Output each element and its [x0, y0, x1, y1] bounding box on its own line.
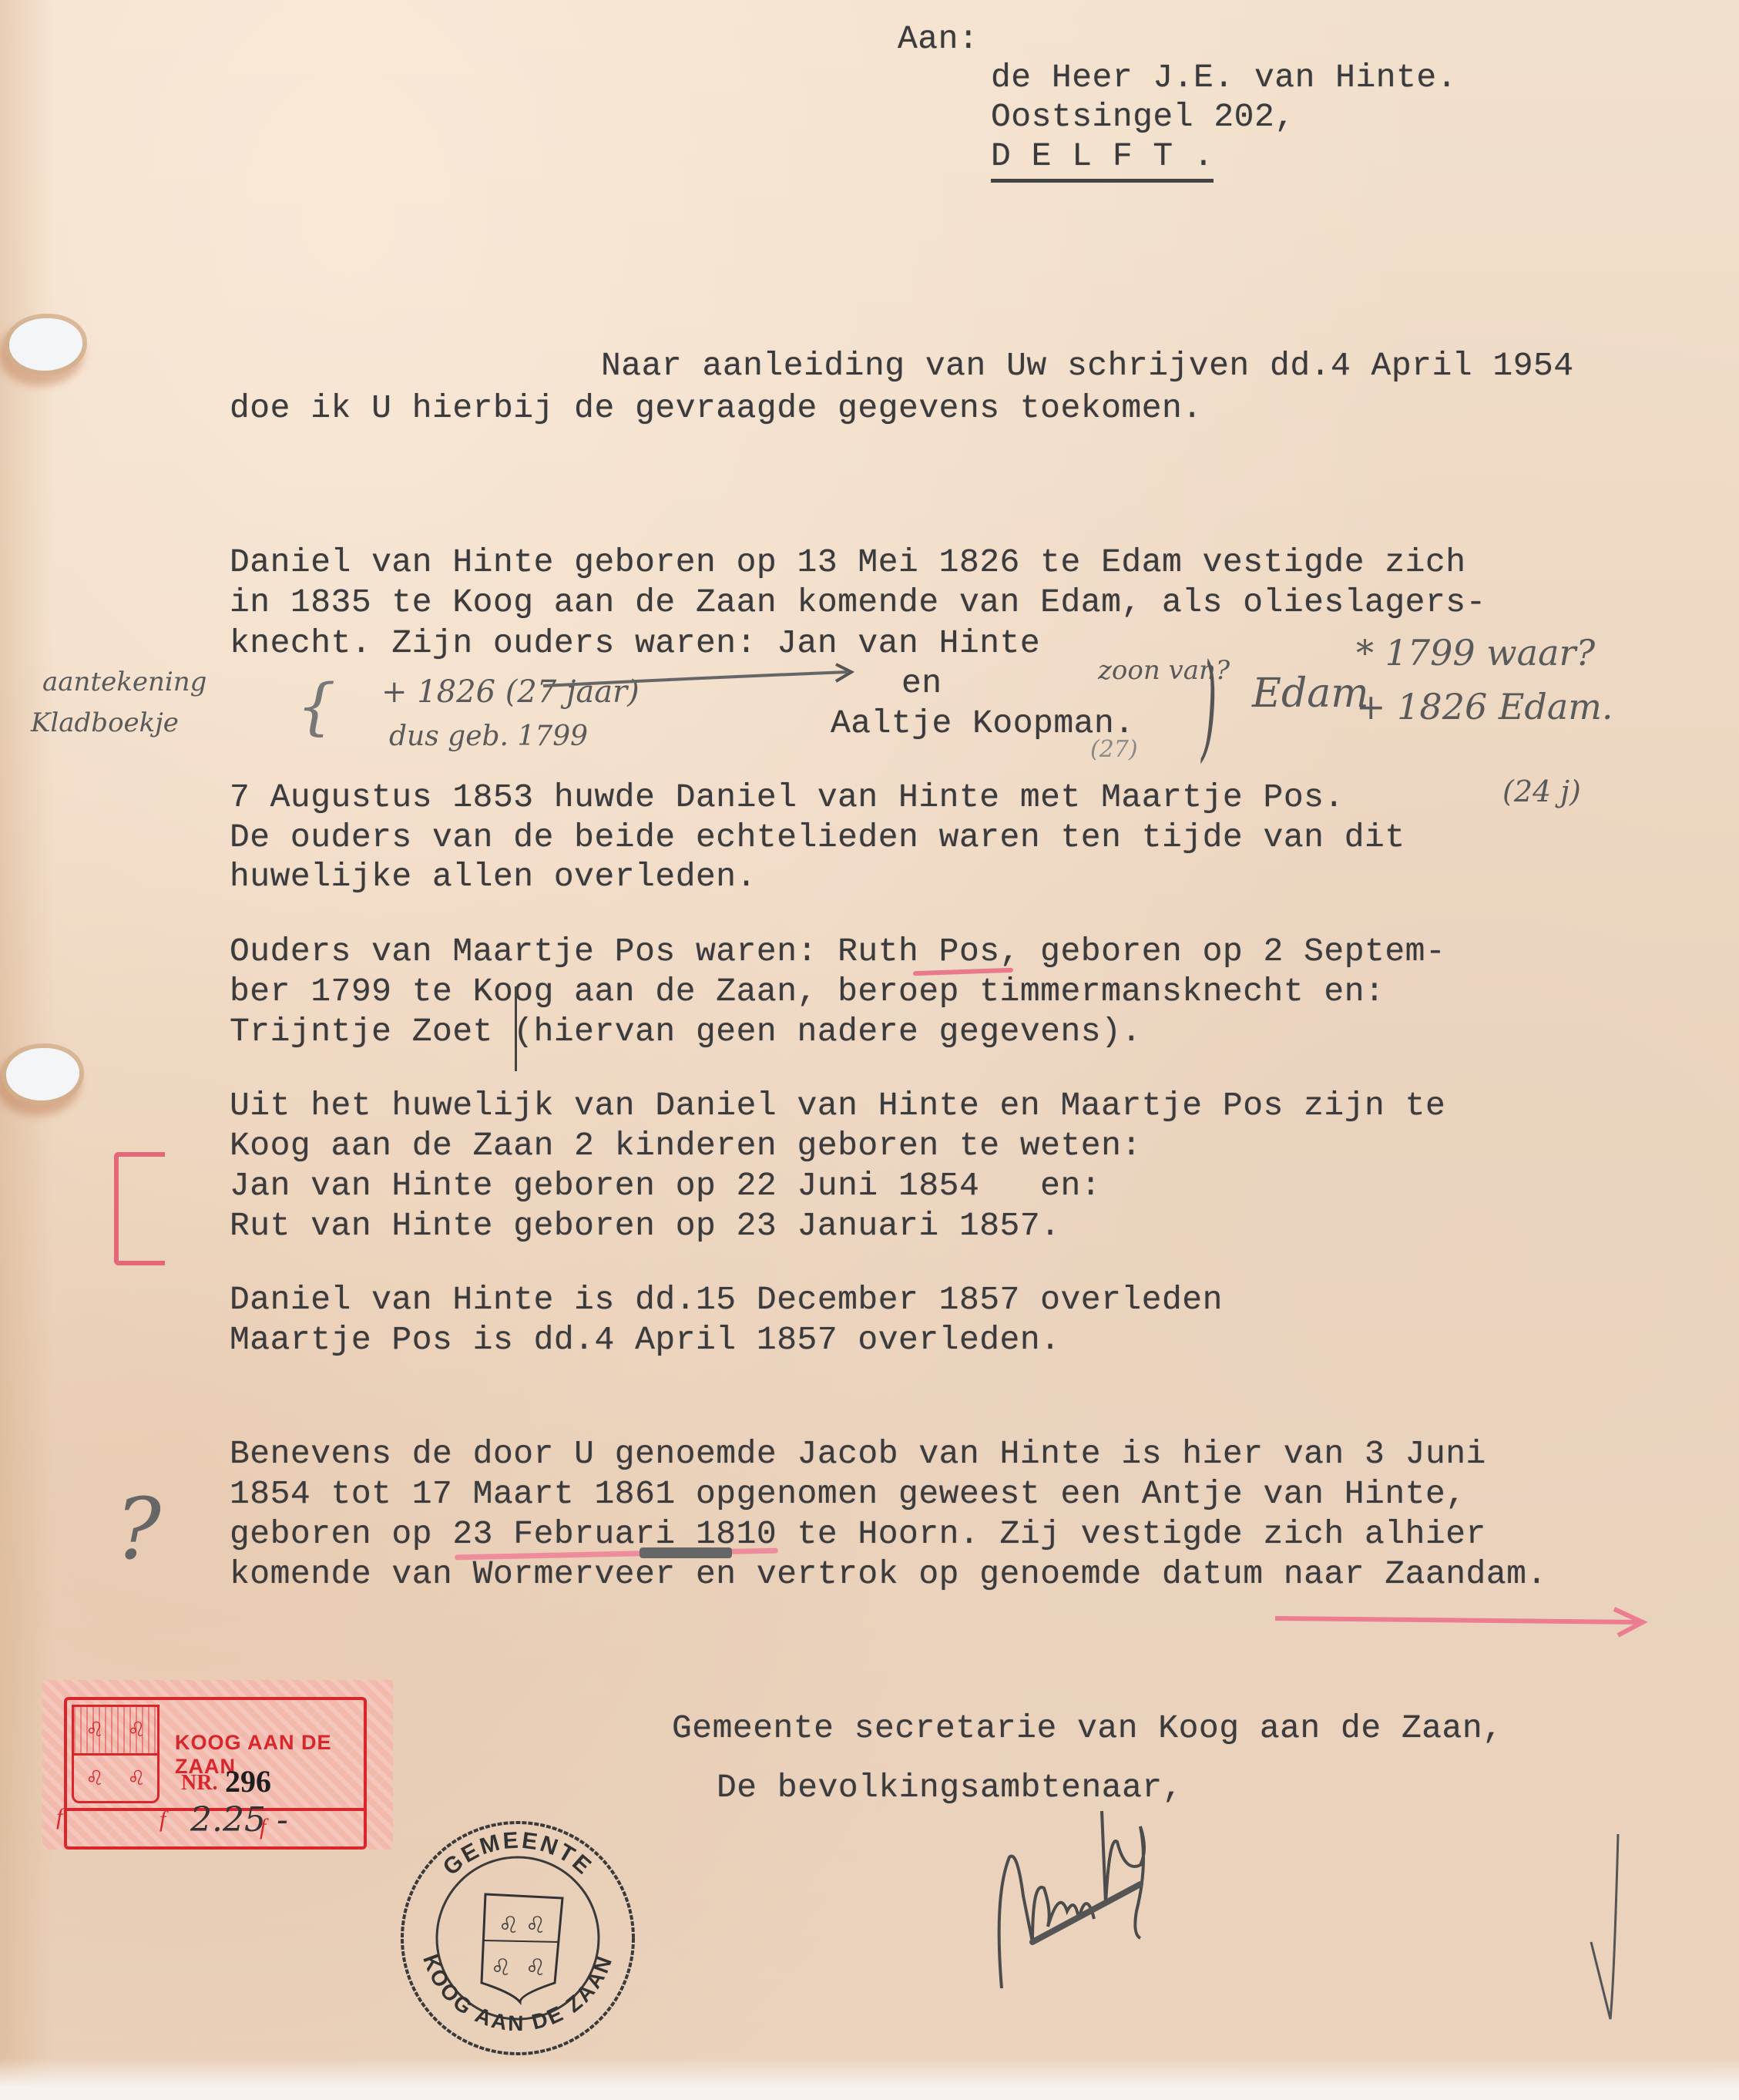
p2-line-1: 7 Augustus 1853 huwde Daniel van Hinte m…: [230, 778, 1345, 817]
municipal-seal: GEMEENTE KOOG AAN DE ZAAN ♌ ♌ ♌ ♌: [397, 1817, 640, 2060]
p3-line-2: ber 1799 te Koog aan de Zaan, beroep tim…: [230, 973, 1385, 1011]
p6-line-2: 1854 tot 17 Maart 1861 opgenomen geweest…: [230, 1475, 1466, 1514]
p4-line-4: Rut van Hinte geboren op 23 Januari 1857…: [230, 1207, 1060, 1245]
p1-line-5: Aaltje Koopman.: [831, 704, 1135, 743]
torn-bottom-edge: [0, 2058, 1739, 2100]
note-died-1826-edam: + 1826 Edam.: [1356, 686, 1613, 727]
closing-line-1: Gemeente secretarie van Koog aan de Zaan…: [672, 1709, 1502, 1748]
note-age-24: (24 j): [1502, 774, 1581, 808]
cross-mark: [515, 986, 517, 1071]
seal-bottom-text: KOOG AAN DE ZAAN: [418, 1951, 617, 2035]
red-arrow-icon: [1271, 1603, 1657, 1641]
svg-text:♌: ♌: [528, 1954, 543, 1984]
stamp-handwritten-amount: 2.25 -: [190, 1800, 288, 1840]
address-street: Oostsingel 202,: [991, 98, 1295, 136]
question-mark-note: ?: [116, 1480, 161, 1578]
svg-text:♌: ♌: [528, 1912, 543, 1941]
arrow-icon: [539, 663, 863, 694]
address-label: Aan:: [898, 20, 979, 59]
p3-line-1: Ouders van Maartje Pos waren: Ruth Pos, …: [230, 932, 1445, 971]
p6-line-3: geboren op 23 Februari 1810 te Hoorn. Zi…: [230, 1515, 1486, 1554]
coat-of-arms-icon: ♌♌ ♌♌: [72, 1705, 159, 1803]
revenue-stamp: ♌♌ ♌♌ KOOG AAN DE ZAAN NR. 296 f f f 2.2…: [42, 1680, 393, 1850]
stamp-currency-1: f: [56, 1804, 62, 1830]
paren-close-icon: ): [1201, 640, 1217, 774]
intro-line-2: doe ik U hierbij de gevraagde gegevens t…: [230, 389, 1203, 428]
address-city: D E L F T .: [991, 137, 1214, 183]
svg-text:♌: ♌: [493, 1954, 509, 1984]
note-age-27: (27): [1090, 736, 1138, 763]
p5-line-1: Daniel van Hinte is dd.15 December 1857 …: [230, 1281, 1223, 1319]
punch-hole-bottom: [6, 1048, 79, 1100]
p6-line-4: komende van Wormerveer en vertrok op gen…: [230, 1555, 1547, 1594]
note-edam: Edam: [1252, 670, 1369, 717]
stamp-frame: ♌♌ ♌♌ KOOG AAN DE ZAAN NR. 296 f f f 2.2…: [64, 1697, 367, 1850]
note-kladboekje: Kladboekje: [31, 707, 179, 738]
p1-line-1: Daniel van Hinte geboren op 13 Mei 1826 …: [230, 543, 1466, 582]
p1-line-4: en: [901, 664, 942, 703]
stamp-currency-2: f: [159, 1806, 166, 1833]
note-born-1799: dus geb. 1799: [389, 721, 588, 752]
address-recipient: de Heer J.E. van Hinte.: [991, 59, 1457, 97]
p2-line-3: huwelijke allen overleden.: [230, 858, 757, 896]
check-mark: [1583, 1826, 1630, 2034]
p1-line-3: knecht. Zijn ouders waren: Jan van Hinte: [230, 624, 1040, 663]
red-bracket-mark: [114, 1152, 165, 1265]
svg-text:KOOG AAN DE ZAAN: KOOG AAN DE ZAAN: [418, 1951, 617, 2035]
seal-lion-icon: ♌: [501, 1912, 516, 1941]
pencil-underline-year: [640, 1547, 732, 1558]
p6-line-1: Benevens de door U genoemde Jacob van Hi…: [230, 1435, 1486, 1473]
punch-hole-top: [9, 318, 82, 371]
note-aantekening: aantekening: [42, 667, 206, 697]
stamp-nr-label: NR.: [181, 1771, 217, 1796]
p5-line-2: Maartje Pos is dd.4 April 1857 overleden…: [230, 1321, 1060, 1359]
stamp-number: 296: [225, 1763, 271, 1799]
closing-line-2: De bevolkingsambtenaar,: [717, 1769, 1183, 1807]
p4-line-2: Koog aan de Zaan 2 kinderen geboren te w…: [230, 1127, 1142, 1165]
intro-line-1: Naar aanleiding van Uw schrijven dd.4 Ap…: [601, 347, 1574, 385]
p1-line-2: in 1835 te Koog aan de Zaan komende van …: [230, 583, 1486, 622]
p4-line-3: Jan van Hinte geboren op 22 Juni 1854 en…: [230, 1167, 1101, 1205]
signature: [986, 1803, 1264, 2004]
brace-icon: {: [297, 670, 336, 742]
note-born-1799-where: * 1799 waar?: [1356, 632, 1595, 674]
p2-line-2: De ouders van de beide echtelieden waren…: [230, 818, 1405, 857]
p4-line-1: Uit het huwelijk van Daniel van Hinte en…: [230, 1087, 1445, 1125]
p3-line-3: Trijntje Zoet (hiervan geen nadere gegev…: [230, 1013, 1142, 1051]
